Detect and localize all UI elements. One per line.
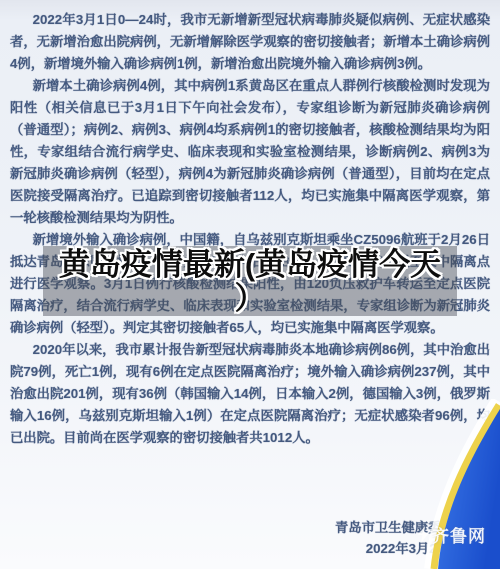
announcement-page: 2022年3月1日0—24时，我市无新增新型冠状病毒肺炎疑似病例、无症状感染者，… [0,0,500,569]
headline-line2: ） [235,282,266,315]
paragraph: 2022年3月1日0—24时，我市无新增新型冠状病毒肺炎疑似病例、无症状感染者，… [10,9,490,75]
announcement-body: 2022年3月1日0—24时，我市无新增新型冠状病毒肺炎疑似病例、无症状感染者，… [10,9,490,449]
lightning-logo-icon [418,526,429,543]
headline-line1: 黄岛疫情最新(黄岛疫情今天 [59,248,441,281]
headline-overlay: 黄岛疫情最新(黄岛疫情今天 ） [43,246,457,316]
watermark-label: 齐鲁网 [432,522,486,547]
paragraph: 新增本土确诊病例4例，其中病例1系黄岛区在重点人群例行核酸检测时发现为阳性（相关… [10,75,490,229]
watermark: 齐鲁网 [418,522,486,547]
